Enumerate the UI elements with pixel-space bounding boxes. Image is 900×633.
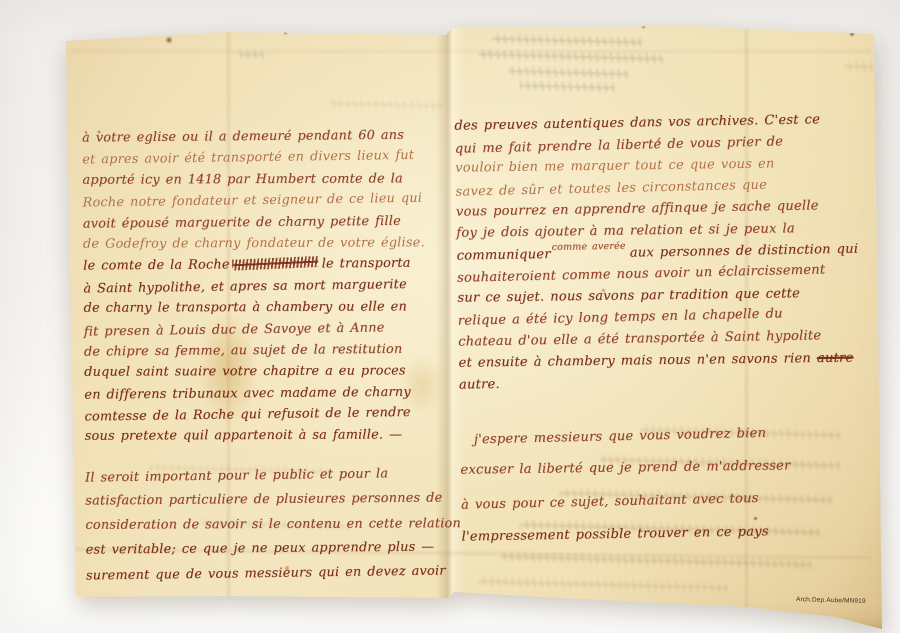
handwritten-line: de Godefroy de charny fondateur de votre… bbox=[83, 232, 447, 255]
ink-showthrough bbox=[330, 99, 442, 111]
handwritten-line: l'empressement possible trouver en ce pa… bbox=[461, 519, 877, 548]
foxing-spot bbox=[849, 31, 855, 37]
pencil-annotation bbox=[492, 34, 642, 47]
scribbled-out-word bbox=[232, 256, 318, 271]
horizontal-crease bbox=[70, 50, 870, 53]
handwritten-line: satisfaction particuliere de plusieures … bbox=[85, 488, 449, 513]
handwritten-line: duquel saint suaire votre chapitre a eu … bbox=[84, 361, 448, 384]
handwritten-line: à vous pour ce sujet, souhaitant avec to… bbox=[461, 485, 877, 516]
letter-document: à votre eglise ou il a demeuré pendant 6… bbox=[0, 0, 900, 633]
pencil-annotation bbox=[508, 66, 628, 78]
letter-paper: à votre eglise ou il a demeuré pendant 6… bbox=[0, 0, 900, 633]
pencil-annotation bbox=[520, 81, 615, 92]
pencil-page-mark bbox=[240, 50, 264, 60]
foxing-spot bbox=[283, 30, 288, 35]
foxing-spot bbox=[626, 16, 635, 25]
handwritten-line: Il seroit important pour le public et po… bbox=[85, 462, 449, 488]
letter-page-right: des preuves autentiques dans vos archive… bbox=[454, 108, 877, 547]
interline-insertion: comme averée bbox=[552, 240, 626, 252]
handwritten-line: j'espere messieurs que vous voudrez bien bbox=[460, 420, 876, 451]
photo-background: à votre eglise ou il a demeuré pendant 6… bbox=[0, 0, 900, 633]
handwritten-line: surement que de vous messieurs qui en de… bbox=[86, 561, 450, 587]
handwritten-line: de charny le transporta à chambery ou el… bbox=[84, 296, 448, 319]
handwritten-line: est veritable; ce que je ne peux apprend… bbox=[86, 536, 450, 561]
foxing-spot bbox=[641, 24, 646, 29]
handwritten-line: de chipre sa femme, au sujet de la resti… bbox=[84, 338, 448, 363]
ink-showthrough bbox=[478, 577, 728, 593]
handwritten-line: et apres avoir été transporté en divers … bbox=[82, 145, 446, 171]
foxing-spot bbox=[545, 13, 549, 17]
handwritten-line: avoit épousé marguerite de charny petite… bbox=[83, 210, 447, 235]
handwritten-line: sous pretexte quil appartenoit à sa fami… bbox=[85, 425, 449, 448]
archive-reference-label: Arch.Dep.Aube/MN919 bbox=[796, 596, 866, 605]
handwritten-line: excuser la liberté que je prend de m'add… bbox=[460, 455, 876, 482]
ink-smudge bbox=[845, 62, 873, 72]
letter-page-left: à votre eglise ou il a demeuré pendant 6… bbox=[82, 124, 450, 586]
handwritten-line: consideration de savoir si le contenu en… bbox=[85, 513, 449, 536]
struck-word: autre bbox=[817, 350, 854, 365]
foxing-spot bbox=[165, 36, 173, 44]
